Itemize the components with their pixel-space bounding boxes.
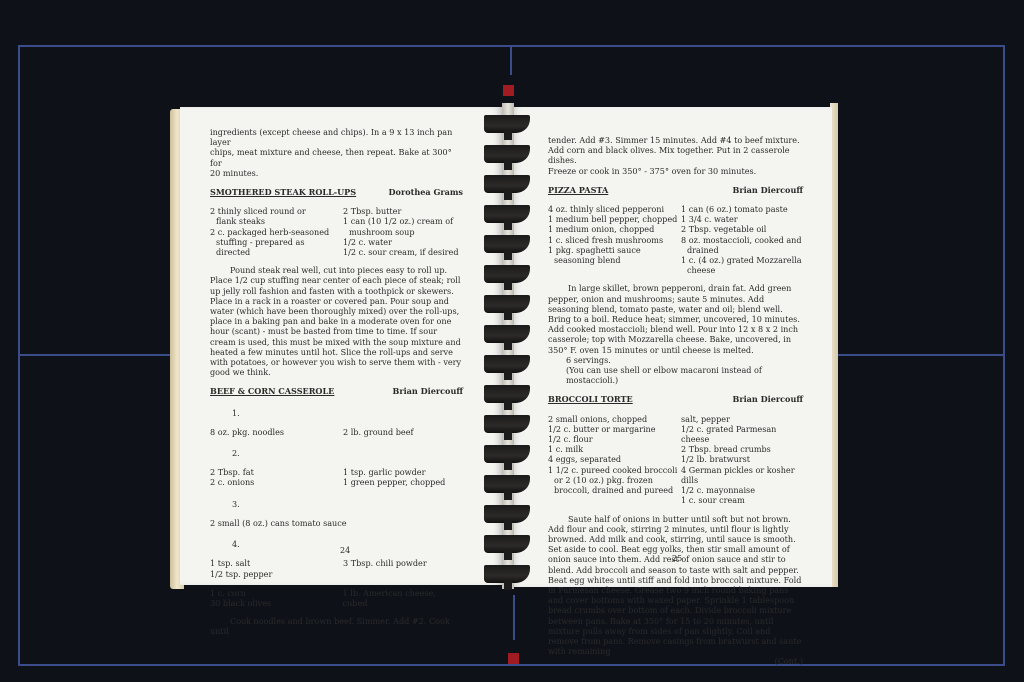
step-number: 3. — [210, 499, 463, 509]
ingredient: 1 1/2 c. pureed cooked broccoli — [548, 465, 681, 475]
ingredients: 2 small onions, chopped 1/2 c. butter or… — [548, 414, 803, 506]
ingredient-row: 8 oz. pkg. noodles 2 lb. ground beef — [210, 427, 463, 437]
ingredients: 2 thinly sliced round or flank steaks 2 … — [210, 206, 463, 257]
binding-coil — [484, 265, 530, 283]
ingredient: 1 can (10 1/2 oz.) cream of — [343, 216, 463, 226]
ingredient: 1/2 c. grated Parmesan cheese — [681, 424, 803, 444]
binding-coil — [484, 235, 530, 253]
ingredient: 1 3/4 c. water — [681, 214, 803, 224]
ingredient: 1 can (6 oz.) tomato paste — [681, 204, 803, 214]
ingredient: flank steaks — [210, 216, 343, 226]
servings: 6 servings. — [548, 355, 803, 365]
ingredient: or 2 (10 oz.) pkg. frozen — [548, 475, 681, 485]
recipe-title: SMOTHERED STEAK ROLL-UPS — [210, 187, 356, 197]
ingredient: 1/2 c. water — [343, 237, 463, 247]
recipe-header: BEEF & CORN CASSEROLE Brian Diercouff — [210, 386, 463, 396]
ingredient: 8 oz. mostaccioli, cooked and — [681, 235, 803, 245]
recipe-directions: In large skillet, brown pepperoni, drain… — [548, 283, 803, 354]
ingredient: 2 Tbsp. vegetable oil — [681, 224, 803, 234]
recipe-title: BROCCOLI TORTE — [548, 394, 633, 404]
ingredient: 2 Tbsp. fat — [210, 467, 343, 477]
right-page: tender. Add #3. Simmer 15 minutes. Add #… — [512, 107, 832, 587]
ingredient: 1 c. milk — [548, 444, 681, 454]
binding-coil — [484, 565, 530, 583]
ingredient: directed — [210, 247, 343, 257]
frame-mid-left-line — [18, 354, 178, 356]
ingredient: 30 black olives — [210, 598, 343, 608]
ingredient: 1 tsp. garlic powder — [343, 467, 445, 477]
ingredient: 1 c. sliced fresh mushrooms — [548, 235, 681, 245]
ingredient: salt, pepper — [681, 414, 803, 424]
ingredient: 3 Tbsp. chili powder — [343, 558, 427, 568]
step-number: 4. — [210, 539, 463, 549]
binding-coil — [484, 115, 530, 133]
binding-coil — [484, 505, 530, 523]
binding-coil — [484, 175, 530, 193]
step-number: 2. — [210, 448, 463, 458]
ingredient: 1/2 tsp. pepper — [210, 569, 343, 579]
intro-line: Add corn and black olives. Mix together.… — [548, 145, 803, 165]
ingredient: 2 c. packaged herb-seasoned — [210, 227, 343, 237]
page-number: 25 — [672, 554, 682, 564]
ingredient: 2 small onions, chopped — [548, 414, 681, 424]
ingredient: 1/2 c. mayonnaise — [681, 485, 803, 495]
ingredient: 1 lb. American cheese, cubed — [343, 588, 463, 608]
binding-coil — [484, 385, 530, 403]
ingredient: 1 tsp. salt — [210, 558, 343, 568]
ingredient: 1/2 c. flour — [548, 434, 681, 444]
ingredient: 1 medium onion, chopped — [548, 224, 681, 234]
binding-coil — [484, 325, 530, 343]
ingredient: 1 c. corn — [210, 588, 343, 598]
ingredient: 2 Tbsp. bread crumbs — [681, 444, 803, 454]
binding-coil — [484, 445, 530, 463]
intro-line: 20 minutes. — [210, 168, 463, 178]
open-cookbook: ingredients (except cheese and chips). I… — [170, 103, 838, 590]
ingredient-row: 2 Tbsp. fat 2 c. onions 1 tsp. garlic po… — [210, 467, 463, 487]
ingredient: 1 c. (4 oz.) grated Mozzarella — [681, 255, 803, 265]
ingredient: 1 pkg. spaghetti sauce — [548, 245, 681, 255]
continued-label: (Cont.) — [548, 656, 803, 666]
frame-bottom-line — [18, 664, 1004, 666]
spiral-binding — [484, 113, 534, 589]
ingredient: 1/2 c. butter or margarine — [548, 424, 681, 434]
ingredient: 4 German pickles or kosher dills — [681, 465, 803, 485]
step-number: 1. — [210, 408, 463, 418]
binding-coil — [484, 535, 530, 553]
recipe-title: BEEF & CORN CASSEROLE — [210, 386, 334, 396]
recipe-header: BROCCOLI TORTE Brian Diercouff — [548, 394, 803, 404]
intro-line: ingredients (except cheese and chips). I… — [210, 127, 463, 147]
recipe-header: SMOTHERED STEAK ROLL-UPS Dorothea Grams — [210, 187, 463, 197]
recipe-author: Brian Diercouff — [733, 394, 804, 404]
ingredient-row: 1 c. corn 30 black olives 1 lb. American… — [210, 588, 463, 608]
ingredient: 2 c. onions — [210, 477, 343, 487]
intro-line: Freeze or cook in 350° - 375° oven for 3… — [548, 166, 803, 176]
ingredient: 2 Tbsp. butter — [343, 206, 463, 216]
ingredient: broccoli, drained and pureed — [548, 485, 681, 495]
intro-line: chips, meat mixture and cheese, then rep… — [210, 147, 463, 167]
ingredient: 1/2 lb. bratwurst — [681, 454, 803, 464]
recipe-directions: Cook noodles and brown beef. Simmer. Add… — [210, 616, 463, 636]
ingredient: mushroom soup — [343, 227, 463, 237]
ingredient: 8 oz. pkg. noodles — [210, 427, 343, 437]
ingredient: cheese — [681, 265, 803, 275]
ingredient: 1 medium bell pepper, chopped — [548, 214, 681, 224]
page-number: 24 — [340, 546, 350, 556]
binding-coil — [484, 475, 530, 493]
ingredient: 1/2 c. sour cream, if desired — [343, 247, 463, 257]
ingredient: 2 lb. ground beef — [343, 427, 414, 437]
recipe-header: PIZZA PASTA Brian Diercouff — [548, 185, 803, 195]
recipe-title: PIZZA PASTA — [548, 185, 608, 195]
frame-center-bottom-tick — [513, 595, 515, 640]
binding-coil — [484, 355, 530, 373]
ingredient: seasoning blend — [548, 255, 681, 265]
ingredient: stuffing - prepared as — [210, 237, 343, 247]
recipe-directions: Pound steak real well, cut into pieces e… — [210, 265, 463, 377]
ingredient: drained — [681, 245, 803, 255]
ingredient: 1 green pepper, chopped — [343, 477, 445, 487]
registration-marker-bottom — [508, 653, 519, 664]
binding-coil — [484, 145, 530, 163]
recipe-author: Dorothea Grams — [389, 187, 463, 197]
recipe-note: (You can use shell or elbow macaroni ins… — [548, 365, 803, 385]
left-page: ingredients (except cheese and chips). I… — [180, 107, 502, 585]
recipe-directions: Saute half of onions in butter until sof… — [548, 514, 803, 657]
ingredient-row: 2 small (8 oz.) cans tomato sauce — [210, 518, 463, 528]
ingredients: 4 oz. thinly sliced pepperoni 1 medium b… — [548, 204, 803, 275]
frame-mid-right-line — [836, 354, 1004, 356]
ingredient: 1 c. sour cream — [681, 495, 803, 505]
ingredient: 2 small (8 oz.) cans tomato sauce — [210, 518, 347, 528]
binding-coil — [484, 415, 530, 433]
ingredient: 4 eggs, separated — [548, 454, 681, 464]
frame-center-top-tick — [510, 45, 512, 75]
recipe-author: Brian Diercouff — [733, 185, 804, 195]
ingredient: 4 oz. thinly sliced pepperoni — [548, 204, 681, 214]
ingredient-row: 1 tsp. salt 1/2 tsp. pepper 3 Tbsp. chil… — [210, 558, 463, 578]
recipe-author: Brian Diercouff — [393, 386, 464, 396]
binding-coil — [484, 295, 530, 313]
ingredient: 2 thinly sliced round or — [210, 206, 343, 216]
intro-line: tender. Add #3. Simmer 15 minutes. Add #… — [548, 135, 803, 145]
registration-marker-top — [503, 85, 514, 96]
binding-coil — [484, 205, 530, 223]
